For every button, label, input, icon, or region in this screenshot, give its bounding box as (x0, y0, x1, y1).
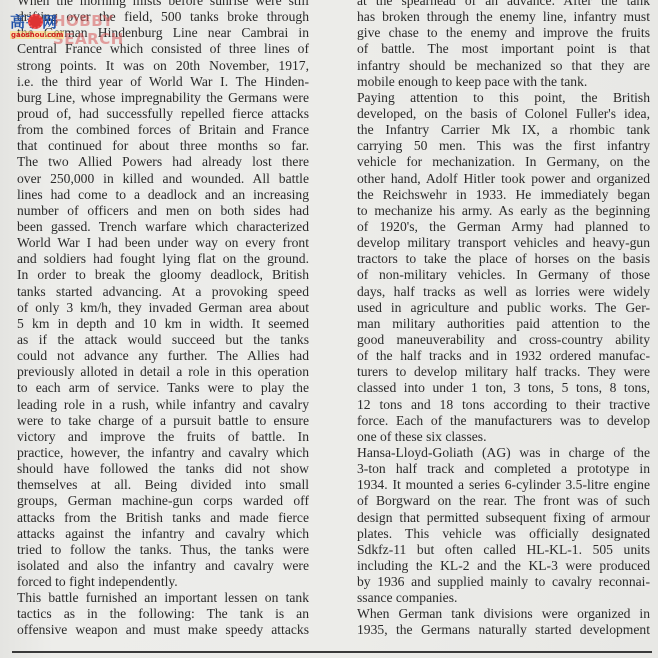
text-line: the Reichswehr in 1933. He immediately b… (357, 187, 650, 203)
text-line: proud of, had successfully repelled fier… (17, 106, 309, 122)
text-line: as if the attack would succeed but the t… (17, 332, 309, 348)
text-line: carrying 50 men. This was the first infa… (357, 138, 650, 154)
text-line: tactics as in the following: The tank is… (17, 606, 309, 622)
text-line: could not advance any further. The Allie… (17, 348, 309, 364)
text-line: burg Line, whose impregnability the Germ… (17, 90, 309, 106)
text-line: 3-ton half track and completed a prototy… (357, 461, 650, 477)
text-line: and soldiers had fought lying flat on th… (17, 251, 309, 267)
text-line: 12 tons and 18 tons according to their t… (357, 397, 650, 413)
text-line: ssance companies. (357, 590, 650, 606)
text-line: developed, on the basis of Colonel Fulle… (357, 106, 650, 122)
text-line: When German tank divisions were organize… (357, 606, 650, 622)
text-line: 1934. It mounted a series 6-cylinder 3.5… (357, 477, 650, 493)
watermark-overlay: HOBBY SEARCH 高手网 gaoshou.com (8, 9, 168, 39)
text-line: The two Allied Powers had already lost t… (17, 154, 309, 170)
text-line: tanks started advancing. At a provoking … (17, 284, 309, 300)
text-line: give chase to the enemy and improve the … (357, 25, 650, 41)
text-line: that continued for about three months so… (17, 138, 309, 154)
text-line: used in agriculture and public works. Th… (357, 300, 650, 316)
text-line: vehicle for mechanization. In Germany, o… (357, 154, 650, 170)
text-line: Hansa-Lloyd-Goliath (AG) was in charge o… (357, 445, 650, 461)
text-line: previously alloted in detail a role in t… (17, 364, 309, 380)
text-line: of 1920's, the German Army had planned t… (357, 219, 650, 235)
text-line: i.e. the third year of World War I. The … (17, 74, 309, 90)
text-line: over 250,000 in killed and wounded. All … (17, 171, 309, 187)
text-line: should have followed the tanks did not s… (17, 461, 309, 477)
text-line: by 1936 and supplied mainly to cavalry r… (357, 574, 650, 590)
text-line: including the KL-2 and the KL-3 were pro… (357, 558, 650, 574)
text-line: 1935, the Germans naturally started deve… (357, 622, 650, 638)
text-line: number of officers and men on both sides… (17, 203, 309, 219)
text-line: develop military transport vehicles and … (357, 235, 650, 251)
text-line: plates. This vehicle was officially desi… (357, 526, 650, 542)
text-line: been gassed. Trench warfare which charac… (17, 219, 309, 235)
text-line: the Infantry Carrier Mk IX, a rhombic ta… (357, 122, 650, 138)
text-line: turers to develop military half tracks. … (357, 364, 650, 380)
text-line: has broken through the enemy line, infan… (357, 9, 650, 25)
right-text-column: at the spearhead of an advance. After th… (357, 0, 650, 639)
text-line: Paying attention to this point, the Brit… (357, 90, 650, 106)
text-line: tried to follow the tanks. Thus, the tan… (17, 542, 309, 558)
text-line: of the half tracks and in 1932 ordered m… (357, 348, 650, 364)
text-line: to mechanize his army. As early as the b… (357, 203, 650, 219)
text-line: 5 km in depth and 10 km in width. It see… (17, 316, 309, 332)
left-text-column: When the morning mists before sunrise we… (17, 0, 309, 639)
text-line: attacks from the British tanks and made … (17, 510, 309, 526)
watermark-url: gaoshou.com (10, 31, 64, 39)
text-line: to each arm of service. Tanks were to pl… (17, 380, 309, 396)
text-line: strong points. It was on 20th November, … (17, 58, 309, 74)
text-line: lines had come to a deadlock and an incr… (17, 187, 309, 203)
text-line: mobile enough to keep pace with the tank… (357, 74, 650, 90)
text-line: from the combined forces of Britain and … (17, 122, 309, 138)
text-line: of non-military vehicles. In Germany of … (357, 267, 650, 283)
text-line: In order to break the gloomy deadlock, B… (17, 267, 309, 283)
text-line: When the morning mists before sunrise we… (17, 0, 309, 9)
text-line: design that permitted subsequent fixing … (357, 510, 650, 526)
text-line: at the spearhead of an advance. After th… (357, 0, 650, 9)
text-line: were to take charge of a pursuit battle … (17, 413, 309, 429)
text-line: groups, German machine-gun corps warded … (17, 493, 309, 509)
text-line: tractors to take the place of horses on … (357, 251, 650, 267)
text-line: attacks against the infantry and cavalry… (17, 526, 309, 542)
text-line: Sdkfz-11 but often called HL-KL-1. 505 u… (357, 542, 650, 558)
text-line: of battle. The most important point is t… (357, 41, 650, 57)
text-line: infantry should be mechanized so that th… (357, 58, 650, 74)
text-line: of Borgward on the rear. The front was o… (357, 493, 650, 509)
text-line: victory and improve the fruits of battle… (17, 429, 309, 445)
text-line: This battle furnished an important lesse… (17, 590, 309, 606)
text-line: force. Each of the manufacturers was to … (357, 413, 650, 429)
text-line: one of these six classes. (357, 429, 650, 445)
text-line: man military authorities paid attention … (357, 316, 650, 332)
text-line: days, half tracks as well as lorries wer… (357, 284, 650, 300)
bottom-rule-divider (12, 651, 652, 653)
document-page: When the morning mists before sunrise we… (0, 0, 658, 658)
watermark-text: HOBBY SEARCH (53, 12, 168, 48)
text-line: good maneuverability and cross-country a… (357, 332, 650, 348)
text-line: World War I had been under way on every … (17, 235, 309, 251)
text-line: other hand, Adolf Hitler took power and … (357, 171, 650, 187)
text-line: forced to fight independently. (17, 574, 309, 590)
text-line: leading role in a rush, while infantry a… (17, 397, 309, 413)
gear-icon (28, 14, 43, 29)
text-line: classed into under 1 ton, 3 tons, 5 tons… (357, 380, 650, 396)
text-line: of only 3 km/h, they invaded German area… (17, 300, 309, 316)
text-line: isolated and also the infantry and caval… (17, 558, 309, 574)
text-line: themselves at all. Being divided into sm… (17, 477, 309, 493)
text-line: practice, however, the infantry and cava… (17, 445, 309, 461)
text-line: offensive weapon and must make speedy at… (17, 622, 309, 638)
